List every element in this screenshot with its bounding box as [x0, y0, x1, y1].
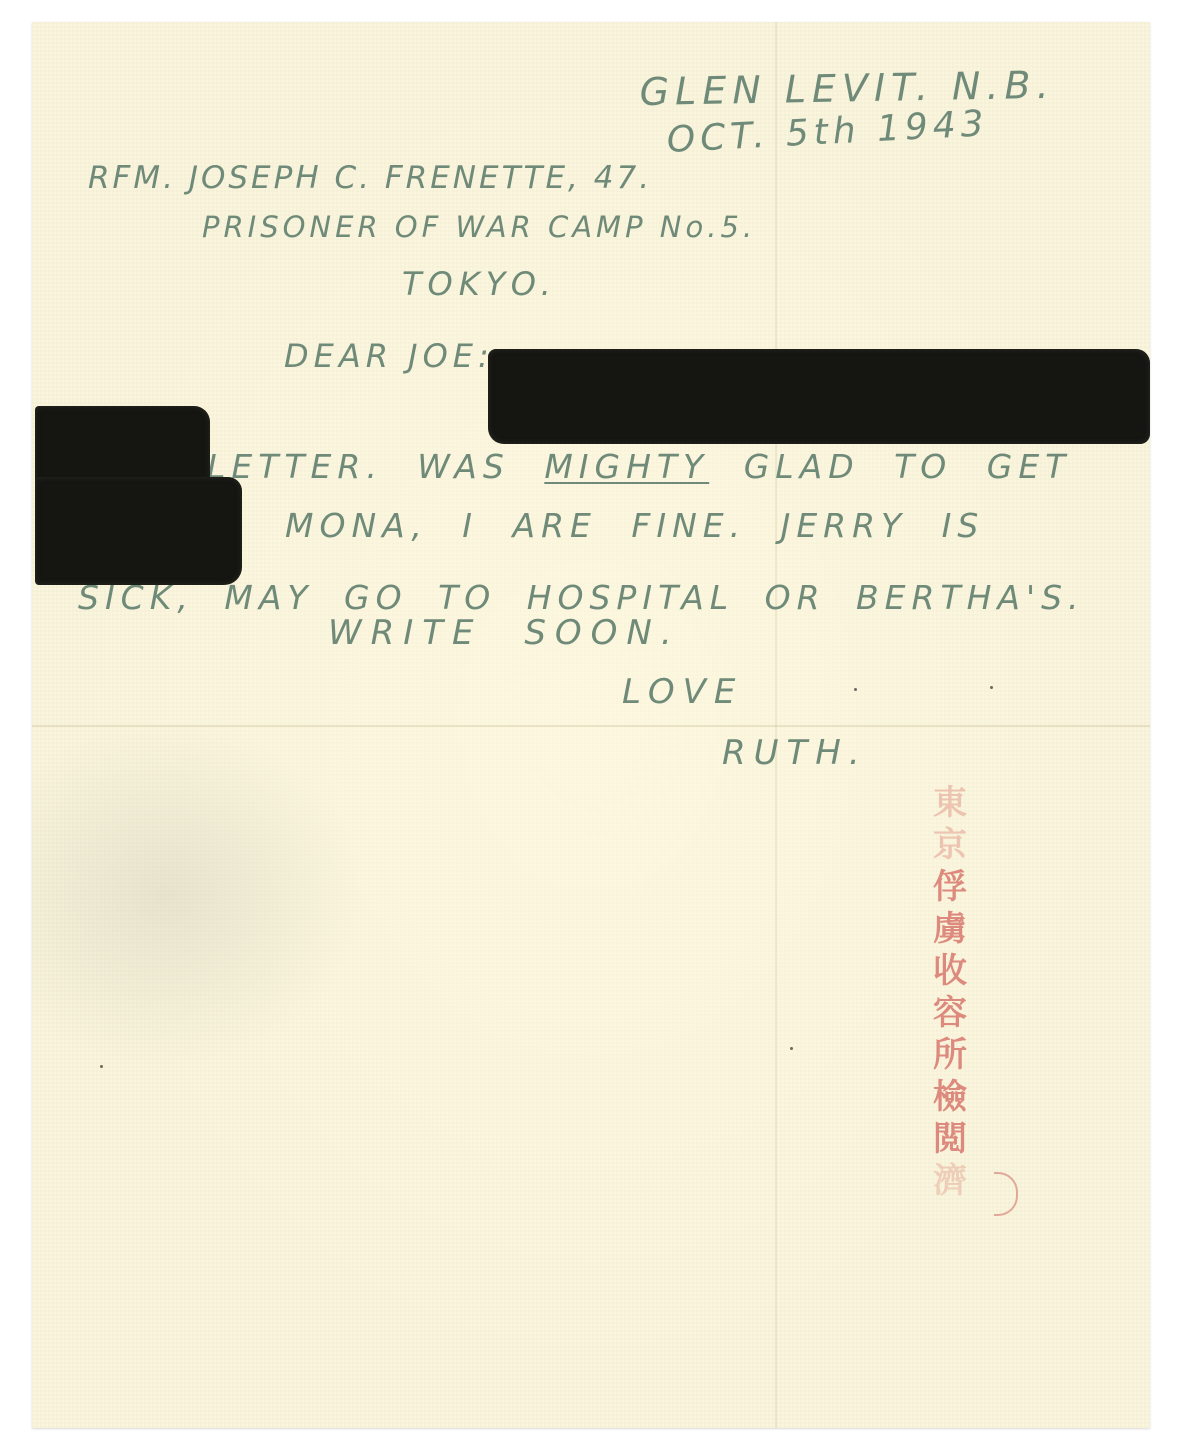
stamp-character: 檢 [930, 1076, 970, 1118]
body-line-1-pre: LETTER. WAS [207, 447, 544, 486]
paper-speck [854, 688, 857, 691]
paper-speck [100, 1065, 103, 1068]
address-line-1: RFM. JOSEPH C. FRENETTE, 47. [88, 160, 652, 196]
stamp-character: 容 [930, 992, 970, 1034]
signature: RUTH. [722, 733, 868, 773]
body-line-1: LETTER. WAS MIGHTY GLAD TO GET [207, 447, 1071, 486]
paper-speck [790, 1047, 793, 1050]
stamp-character: 京 [930, 824, 970, 866]
greeting: DEAR JOE: [284, 337, 494, 375]
emphasized-word: MIGHTY [544, 447, 709, 486]
censor-stamp: 東京俘虜收容所檢閲濟 [930, 782, 970, 1202]
censor-redaction-block [35, 477, 242, 585]
address-line-2: PRISONER OF WAR CAMP No.5. [202, 210, 756, 244]
stamp-character: 收 [930, 950, 970, 992]
address-line-3: TOKYO. [402, 265, 557, 303]
stamp-character: 濟 [930, 1160, 970, 1202]
paper-speck [990, 686, 993, 689]
censor-redaction-bar [488, 349, 1150, 444]
censor-seal-mark [994, 1172, 1018, 1216]
body-line-2: MONA, I ARE FINE. JERRY IS [285, 506, 984, 545]
body-line-1-post: GLAD TO GET [709, 447, 1071, 486]
valediction: LOVE [622, 672, 743, 712]
vertical-fold-line [775, 22, 777, 1428]
stamp-character: 俘 [930, 866, 970, 908]
letter-paper: GLEN LEVIT. N.B. OCT. 5th 1943 RFM. JOSE… [32, 22, 1150, 1428]
closing: WRITE SOON. [328, 613, 681, 653]
stamp-character: 所 [930, 1034, 970, 1076]
letter-place: GLEN LEVIT. N.B. [639, 63, 1055, 114]
stamp-character: 閲 [930, 1118, 970, 1160]
stamp-character: 虜 [930, 908, 970, 950]
stamp-character: 東 [930, 782, 970, 824]
horizontal-fold-line [32, 725, 1150, 727]
